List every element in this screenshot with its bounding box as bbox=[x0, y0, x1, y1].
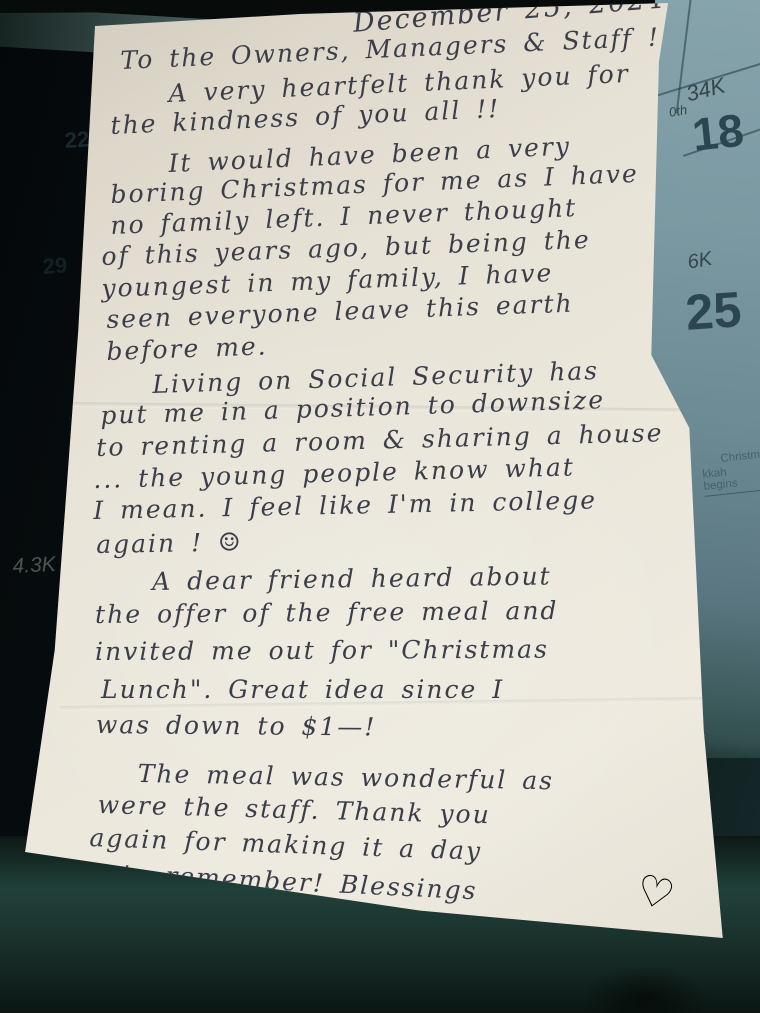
letter-line: The meal was wonderful as bbox=[138, 761, 555, 793]
calendar-cell-text-hanukkah: kkah begins bbox=[702, 464, 760, 497]
letter-line: Lunch". Great idea since I bbox=[101, 677, 504, 702]
letter-line: A dear friend heard about bbox=[152, 563, 552, 594]
calendar-annotation-43k: 4.3K bbox=[12, 554, 56, 577]
letter-line: were the staff. Thank you bbox=[97, 792, 491, 827]
calendar-annotation-6k: 6K bbox=[686, 249, 714, 273]
letter-line: the offer of the free meal and bbox=[95, 598, 559, 627]
letter-paper: December 25, 2024To the Owners, Managers… bbox=[0, 0, 760, 1013]
calendar-cell-text-christmas: Christm bbox=[720, 450, 760, 466]
letter-line: invited me out for "Christmas bbox=[95, 637, 549, 664]
letter-line: before me. bbox=[106, 333, 268, 364]
calendar-shadow-date-22: 22 bbox=[64, 128, 90, 152]
calendar-date-25: 25 bbox=[684, 284, 743, 338]
photo-of-handwritten-letter: 34K 0th 18 6K 25 Christm kkah begins 22 … bbox=[0, 0, 760, 1013]
letter-line: was down to $1—! bbox=[96, 712, 377, 739]
calendar-fragment-0th: 0th bbox=[668, 103, 688, 119]
letter-line: again for making it a day bbox=[89, 825, 482, 864]
calendar-annotation-34k: 34K bbox=[684, 75, 727, 106]
letter-line: I mean. I feel like I'm in college bbox=[93, 487, 597, 523]
letter-line: again ! ☺ bbox=[96, 529, 243, 557]
heart-doodle-icon: ♡ bbox=[632, 868, 679, 918]
calendar-date-18: 18 bbox=[690, 107, 746, 158]
calendar-shadow-date-29: 29 bbox=[42, 254, 68, 278]
